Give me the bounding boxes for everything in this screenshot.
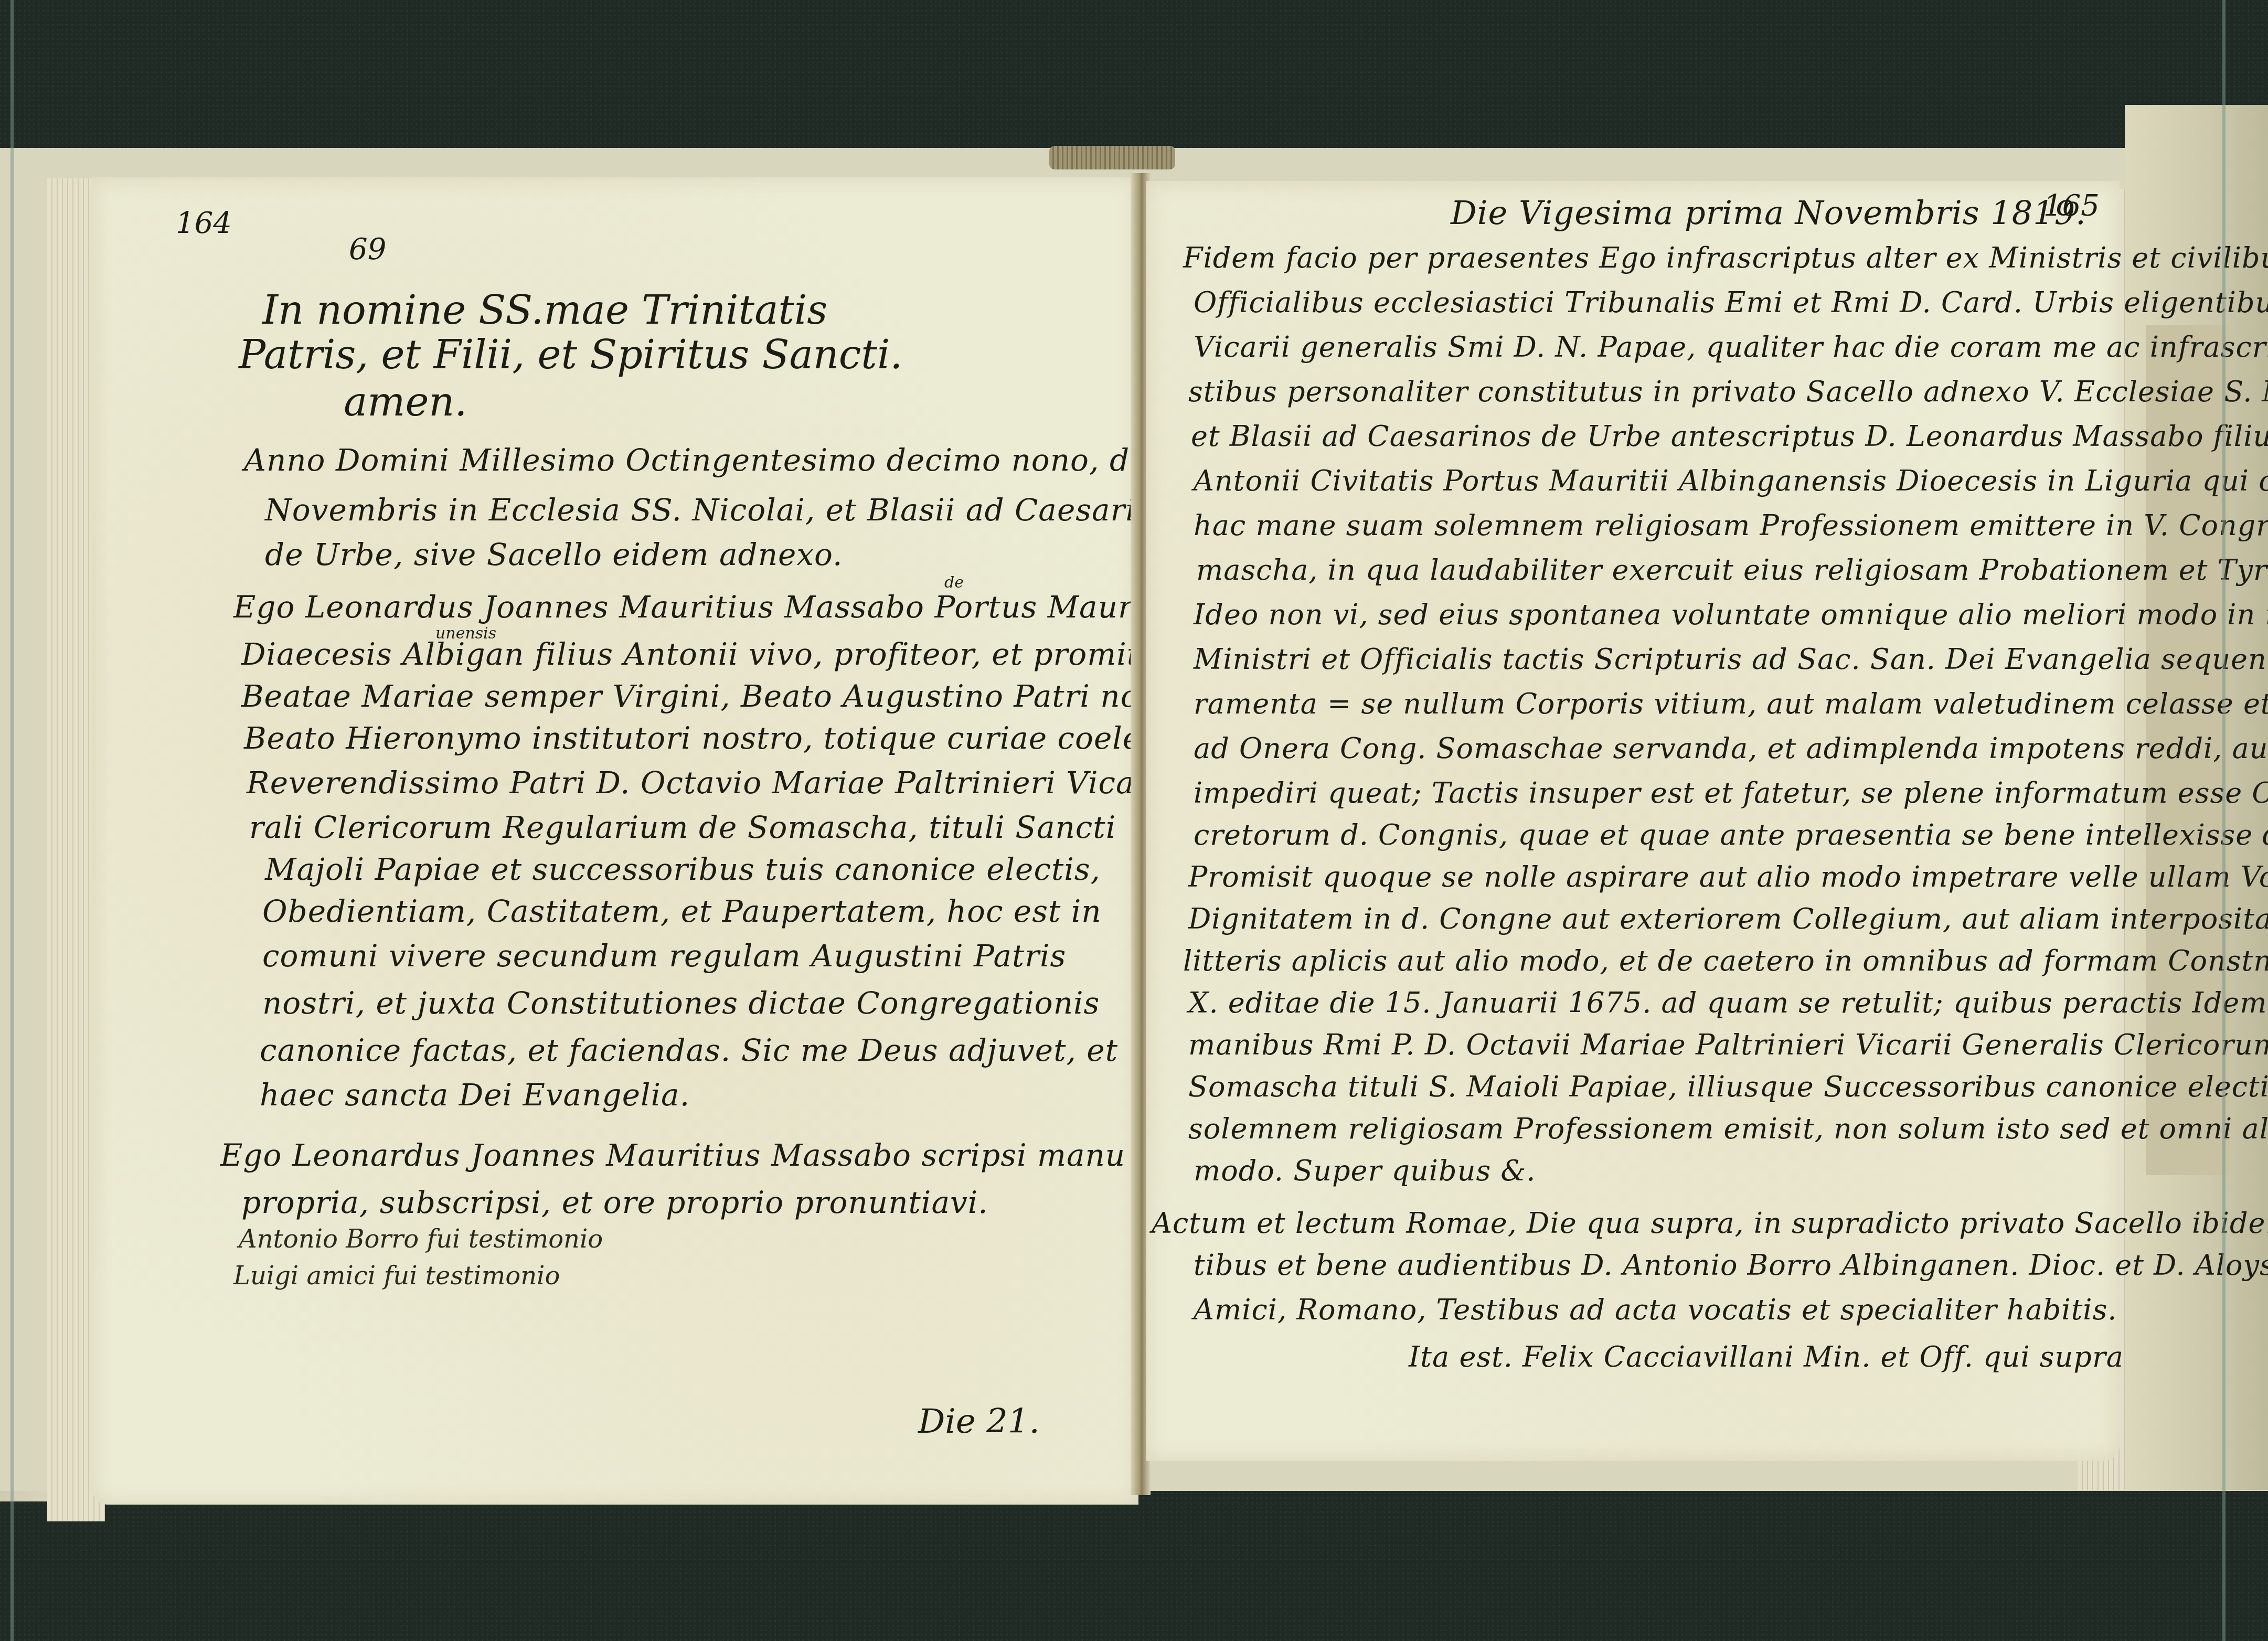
body-line: de Urbe, sive Sacello eidem adnexo. [265, 539, 843, 570]
body-line: cretorum d. Congnis, quae et quae ante p… [1194, 821, 2268, 849]
body-line: Majoli Papiae et successoribus tuis cano… [265, 854, 1101, 885]
headband-binding [1049, 146, 1175, 169]
body-line: Ministri et Officialis tactis Scripturis… [1194, 645, 2268, 674]
body-line: stibus personaliter constitutus in priva… [1188, 378, 2268, 406]
body-line: nostri, et juxta Constitutiones dictae C… [262, 988, 1100, 1018]
body-line: Obedientiam, Castitatem, et Paupertatem,… [262, 896, 1102, 926]
body-line: ramenta = se nullum Corporis vitium, aut… [1194, 690, 2268, 718]
body-line: modo. Super quibus &. [1194, 1157, 1536, 1185]
body-line: solemnem religiosam Professionem emisit,… [1188, 1115, 2268, 1143]
invocation-line: In nomine SS.mae Trinitatis [262, 290, 827, 330]
witness-signature: Luigi amici fui testimonio [233, 1263, 560, 1288]
body-line: Dignitatem in d. Congne aut exteriorem C… [1188, 905, 2268, 933]
body-line: haec sancta Dei Evangelia. [260, 1080, 690, 1110]
notary-signature: Ita est. Felix Cacciavillani Min. et Off… [1409, 1343, 2124, 1371]
body-line: Beatae Mariae semper Virgini, Beato Augu… [241, 681, 1212, 711]
body-line: tibus et bene audientibus D. Antonio Bor… [1194, 1251, 2268, 1280]
body-line: ad Onera Cong. Somaschae servanda, et ad… [1194, 734, 2268, 763]
invocation-line: Patris, et Filii, et Spiritus Sancti. [239, 335, 902, 375]
body-line: mascha, in qua laudabiliter exercuit eiu… [1196, 556, 2268, 584]
invocation-line: amen. [344, 382, 467, 422]
folio-number: 165 [2043, 191, 2100, 221]
body-line: Actum et lectum Romae, Die qua supra, in… [1152, 1209, 2268, 1238]
interlinear-note: de [944, 575, 964, 591]
body-line: Antonii Civitatis Portus Mauritii Albing… [1194, 467, 2268, 495]
body-line: hac mane suam solemnem religiosam Profes… [1194, 512, 2268, 540]
signature-line: Ego Leonardus Joannes Mauritius Massabo … [220, 1140, 1125, 1170]
body-line: Ego Leonardus Joannes Mauritius Massabo … [233, 592, 1177, 622]
body-line: canonice factas, et faciendas. Sic me De… [260, 1035, 1118, 1065]
body-line: rali Clericorum Regularium de Somascha, … [249, 812, 1116, 843]
body-line: Somascha tituli S. Maioli Papiae, illius… [1188, 1073, 2268, 1101]
body-line: Novembris in Ecclesia SS. Nicolai, et Bl… [265, 495, 1191, 525]
body-line: Fidem facio per praesentes Ego infrascri… [1183, 244, 2268, 272]
entry-number: 69 [349, 235, 386, 264]
body-line: Promisit quoque se nolle aspirare aut al… [1188, 863, 2268, 891]
body-line: Officialibus ecclesiastici Tribunalis Em… [1194, 289, 2268, 317]
body-line: litteris aplicis aut alio modo, et de ca… [1183, 947, 2268, 975]
body-line: Vicarii generalis Smi D. N. Papae, quali… [1194, 333, 2268, 361]
catchword: Die 21. [918, 1405, 1040, 1438]
body-line: comuni vivere secundum regulam Augustini… [262, 941, 1066, 971]
glass-plate-edge [10, 0, 14, 1641]
left-page: 164 69 In nomine SS.mae Trinitatis Patri… [92, 177, 1138, 1505]
glass-plate-edge [2222, 0, 2226, 1641]
body-line: impediri queat; Tactis insuper est et fa… [1194, 779, 2268, 807]
right-page: Die Vigesima prima Novembris 1819. 165 F… [1146, 181, 2120, 1461]
body-line: Amici, Romano, Testibus ad acta vocatis … [1194, 1296, 2117, 1324]
body-line: Reverendissimo Patri D. Octavio Mariae P… [247, 768, 1282, 798]
folio-number: 164 [176, 209, 232, 238]
body-line: X. editae die 15. Januarii 1675. ad quam… [1188, 989, 2268, 1017]
body-line: manibus Rmi P. D. Octavii Mariae Paltrin… [1188, 1031, 2268, 1059]
signature-line: propria, subscripsi, et ore proprio pron… [241, 1187, 988, 1218]
body-line: et Blasii ad Caesarinos de Urbe antescri… [1191, 422, 2268, 451]
body-line: Ideo non vi, sed eius spontanea voluntat… [1194, 601, 2268, 629]
witness-signature: Antonio Borro fui testimonio [239, 1227, 603, 1252]
date-heading: Die Vigesima prima Novembris 1819. [1451, 197, 2086, 229]
